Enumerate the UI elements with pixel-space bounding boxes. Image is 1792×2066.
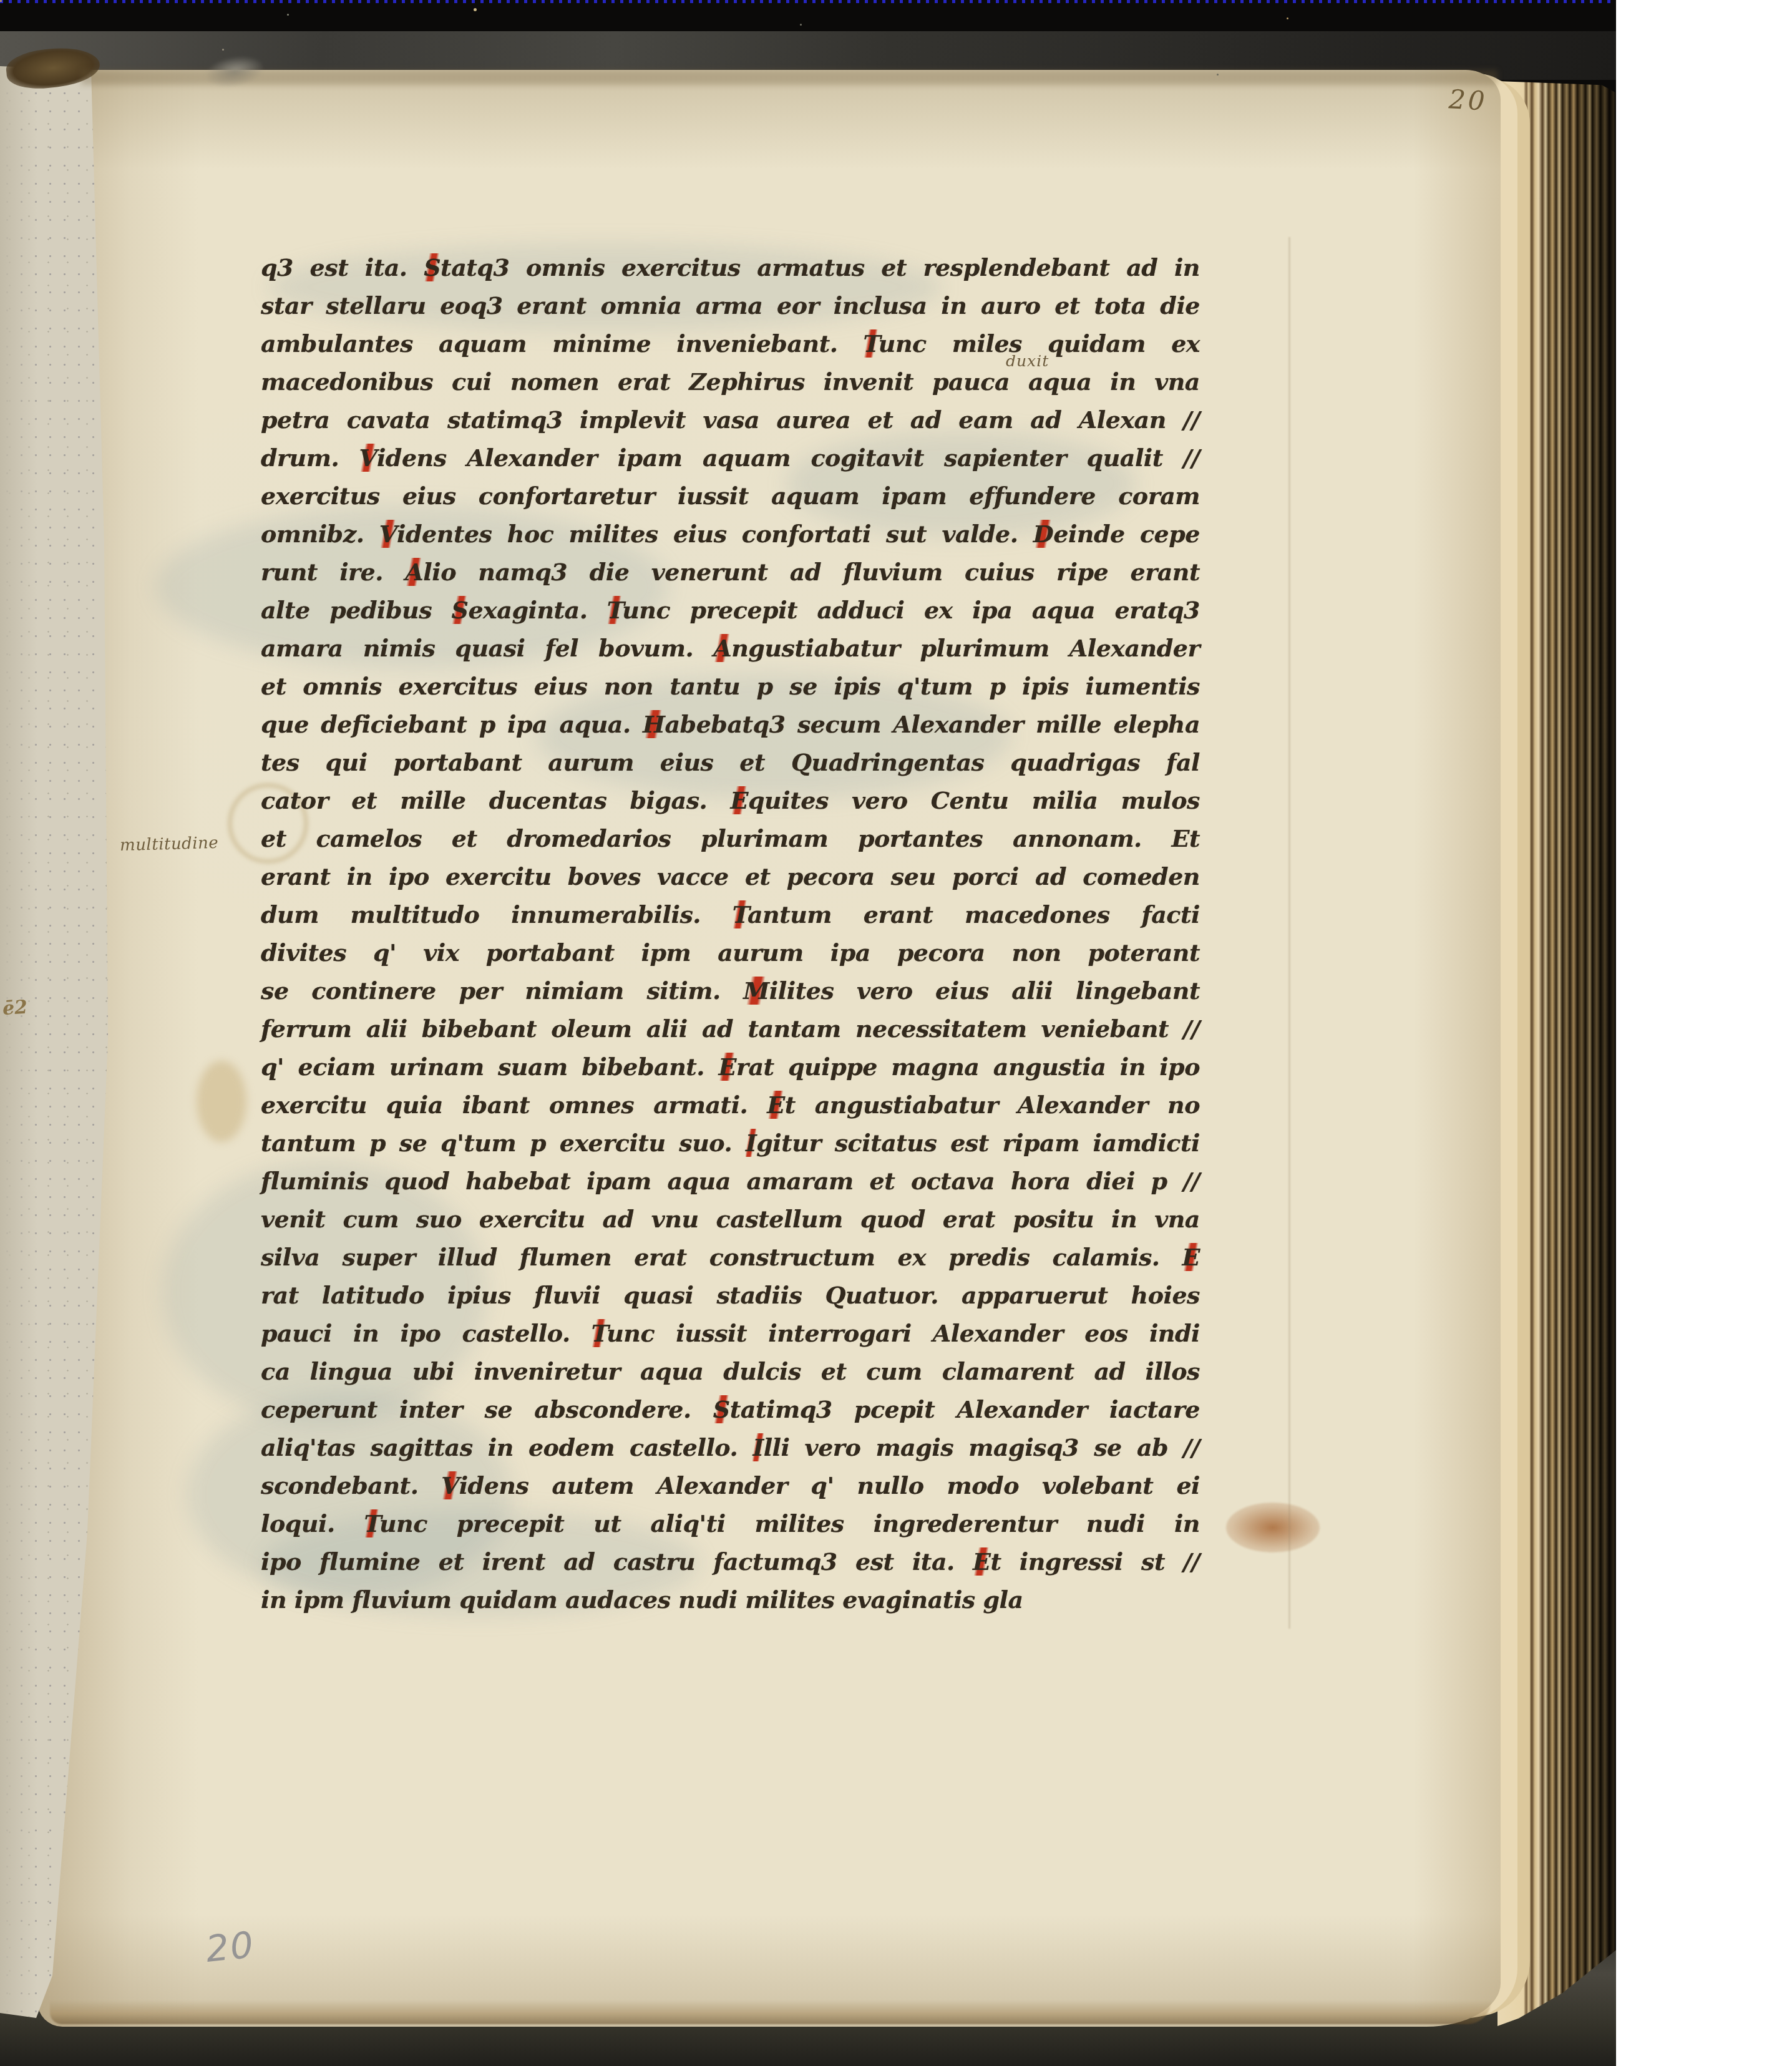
text-line: exercitu quia ibant omnes armati. Et ang… <box>261 1086 1200 1124</box>
text-line: star stellaru eoq3 erant omnia arma eor … <box>261 286 1200 324</box>
rubricated-initial: V <box>379 520 397 548</box>
page-top-shade <box>81 70 1497 85</box>
text-line: divites q' vix portabant ipm aurum ipa p… <box>261 933 1200 972</box>
ink-text: scondebant. <box>261 1471 441 1499</box>
text-line: ipo flumine et irent ad castru factumq3 … <box>261 1542 1200 1581</box>
ink-text: fluminis quod habebat ipam aqua amaram e… <box>261 1167 1200 1195</box>
rubricated-initial: E <box>973 1547 990 1576</box>
text-line: que deficiebant p ipa aqua. Habebatq3 se… <box>261 705 1200 743</box>
rubricated-initial: S <box>451 596 468 624</box>
text-line: tantum p se q'tum p exercitu suo. Igitur… <box>261 1124 1200 1162</box>
ink-text: quites vero Centu milia mulos <box>748 786 1200 814</box>
text-line: ambulantes aquam minime inveniebant. Tun… <box>261 324 1200 363</box>
ink-text: silva super illud flumen erat constructu… <box>261 1243 1182 1271</box>
ink-text: pauci in ipo castello. <box>261 1319 592 1347</box>
text-line: amara nimis quasi fel bovum. Angustiabat… <box>261 629 1200 667</box>
ink-text: q' eciam urinam suam bibebant. <box>261 1053 718 1081</box>
text-line: rat latitudo ipius fluvii quasi stadiis … <box>261 1276 1200 1314</box>
ink-text: que deficiebant p ipa aqua. <box>261 710 643 738</box>
ink-text: unc iussit interrogari Alexander eos ind… <box>606 1319 1200 1347</box>
ink-text: runt ire. <box>261 558 405 586</box>
text-line: dum multitudo innumerabilis. Tantum eran… <box>261 895 1200 933</box>
ink-text: rat latitudo ipius fluvii quasi stadiis … <box>261 1281 1200 1309</box>
ink-text: venit cum suo exercitu ad vnu castellum … <box>261 1205 1200 1233</box>
rubricated-initial: I <box>752 1433 763 1461</box>
text-line: silva super illud flumen erat constructu… <box>261 1238 1200 1276</box>
text-line: exercitus eius confortaretur iussit aqua… <box>261 477 1200 515</box>
rubricated-initial: S <box>424 253 441 281</box>
text-line: scondebant. Videns autem Alexander q' nu… <box>261 1466 1200 1504</box>
rubricated-initial: A <box>713 634 731 662</box>
ink-text: ambulantes aquam minime inveniebant. <box>261 329 864 358</box>
ink-text: amara nimis quasi fel bovum. <box>261 634 713 662</box>
marginal-note: multitudine <box>120 834 219 855</box>
ink-text: ipo flumine et irent ad castru factumq3 … <box>261 1547 973 1576</box>
rubricated-initial: E <box>1182 1243 1200 1271</box>
ink-text: einde cepe <box>1053 520 1200 548</box>
ink-text: ngustiabatur plurimum Alexander <box>731 634 1200 662</box>
text-line: tes qui portabant aurum eius et Quadring… <box>261 743 1200 781</box>
text-line: ferrum alii bibebant oleum alii ad tanta… <box>261 1010 1200 1048</box>
ink-text: tatq3 omnis exercitus armatus et resplen… <box>441 253 1200 281</box>
ink-text: tatimq3 pcepit Alexander iactare <box>730 1395 1200 1423</box>
dust-specks <box>0 0 2 2</box>
ink-text: ferrum alii bibebant oleum alii ad tanta… <box>261 1015 1200 1043</box>
text-line: et camelos et dromedarios plurimam porta… <box>261 819 1200 857</box>
ink-text: et omnis exercitus eius non tantu p se i… <box>261 672 1200 700</box>
ink-text: q3 est ita. <box>261 253 424 281</box>
interlinear-gloss: duxit <box>1006 352 1049 370</box>
page-bottom-deckle-edge <box>50 2000 1491 2024</box>
text-line: cator et mille ducentas bigas. Equites v… <box>261 781 1200 819</box>
text-line: ca lingua ubi inveniretur aqua dulcis et… <box>261 1352 1200 1390</box>
tan-stain <box>197 1061 246 1142</box>
text-line: runt ire. Alio namq3 die venerunt ad flu… <box>261 553 1200 591</box>
ink-text: dum multitudo innumerabilis. <box>261 900 733 928</box>
text-line: et omnis exercitus eius non tantu p se i… <box>261 667 1200 705</box>
ink-text: ceperunt inter se abscondere. <box>261 1395 713 1423</box>
ink-text: ca lingua ubi inveniretur aqua dulcis et… <box>261 1357 1200 1385</box>
rust-stain <box>1226 1503 1320 1552</box>
text-line: drum. Videns Alexander ipam aquam cogita… <box>261 439 1200 477</box>
scan-white-margin <box>1616 0 1792 2066</box>
text-line: venit cum suo exercitu ad vnu castellum … <box>261 1200 1200 1238</box>
left-page-ink-fragment: ē2 <box>2 996 28 1020</box>
ink-text: cator et mille ducentas bigas. <box>261 786 731 814</box>
ink-text: exaginta. <box>468 596 606 624</box>
text-line: omnibz. Videntes hoc milites eius confor… <box>261 515 1200 553</box>
ink-text: lli vero magis magisq3 se ab // <box>764 1433 1200 1461</box>
folio-number-pencil: 20 <box>204 1923 256 1971</box>
text-line: erant in ipo exercitu boves vacce et pec… <box>261 857 1200 895</box>
text-block: q3 est ita. Statq3 omnis exercitus armat… <box>261 248 1200 1619</box>
ink-text: ilites vero eius alii lingebant <box>769 977 1200 1005</box>
text-line: q3 est ita. Statq3 omnis exercitus armat… <box>261 248 1200 286</box>
rubricated-initial: T <box>864 329 879 358</box>
rubricated-initial: T <box>364 1509 379 1537</box>
text-line: se continere per nimiam sitim. Milites v… <box>261 972 1200 1010</box>
rubricated-initial: H <box>643 710 665 738</box>
rubricated-initial: T <box>733 900 747 928</box>
ink-text: erant in ipo exercitu boves vacce et pec… <box>261 862 1200 890</box>
rubricated-initial: E <box>767 1091 784 1119</box>
folio-number-ink: 20 <box>1448 84 1488 116</box>
ink-text: omnibz. <box>261 520 379 548</box>
text-line: aliq'tas sagittas in eodem castello. Ill… <box>261 1428 1200 1466</box>
page-root: { "theme": { "background_black": "#0b0a0… <box>0 0 1792 2066</box>
ink-text: t angustiabatur Alexander no <box>785 1091 1200 1119</box>
ink-text: lio namq3 die venerunt ad fluvium cuius … <box>423 558 1200 586</box>
rubricated-initial: D <box>1033 520 1053 548</box>
ink-text: gitur scitatus est ripam iamdicti <box>756 1129 1200 1157</box>
manuscript-photo: q3 est ita. Statq3 omnis exercitus armat… <box>0 0 1616 2066</box>
text-line: ceperunt inter se abscondere. Statimq3 p… <box>261 1390 1200 1428</box>
ink-text: unc precepit adduci ex ipa aqua eratq3 <box>622 596 1200 624</box>
ink-text: drum. <box>261 444 359 472</box>
ink-text: identes hoc milites eius confortati sut … <box>397 520 1033 548</box>
ink-text: petra cavata statimq3 implevit vasa aure… <box>261 406 1200 434</box>
ink-text: tantum p se q'tum p exercitu suo. <box>261 1129 746 1157</box>
ink-text: t ingressi st // <box>990 1547 1200 1576</box>
ink-text: idens autem Alexander q' nullo modo vole… <box>459 1471 1200 1499</box>
parchment-crease <box>1288 237 1290 1629</box>
rubricated-initial: I <box>746 1129 756 1157</box>
ink-text: tes qui portabant aurum eius et Quadring… <box>261 748 1200 776</box>
text-line: in ipm fluvium quidam audaces nudi milit… <box>261 1581 1200 1619</box>
ink-text: antum erant macedones facti <box>747 900 1200 928</box>
ink-text: exercitus eius confortaretur iussit aqua… <box>261 482 1200 510</box>
text-line: fluminis quod habebat ipam aqua amaram e… <box>261 1162 1200 1200</box>
text-line: alte pedibus Sexaginta. Tunc precepit ad… <box>261 591 1200 629</box>
text-line: macedonibus cui nomen erat Zephirus inve… <box>261 363 1200 401</box>
ink-text: idens Alexander ipam aquam cogitavit sap… <box>377 444 1200 472</box>
ink-text: unc precepit ut aliq'ti milites ingreder… <box>379 1509 1200 1537</box>
text-line: loqui. Tunc precepit ut aliq'ti milites … <box>261 1504 1200 1542</box>
ink-text: divites q' vix portabant ipm aurum ipa p… <box>261 938 1200 967</box>
ink-text: et camelos et dromedarios plurimam porta… <box>261 824 1200 852</box>
ink-text: in ipm fluvium quidam audaces nudi milit… <box>261 1586 1023 1614</box>
text-line: pauci in ipo castello. Tunc iussit inter… <box>261 1314 1200 1352</box>
ink-text: se continere per nimiam sitim. <box>261 977 743 1005</box>
ink-text: loqui. <box>261 1509 364 1537</box>
rubricated-initial: S <box>713 1395 730 1423</box>
ink-text: macedonibus cui nomen erat Zephirus inve… <box>261 368 1200 396</box>
rubricated-initial: E <box>731 786 748 814</box>
rubricated-initial: M <box>743 977 769 1005</box>
ink-text: aliq'tas sagittas in eodem castello. <box>261 1433 752 1461</box>
rubricated-initial: A <box>405 558 423 586</box>
ink-text: star stellaru eoq3 erant omnia arma eor … <box>261 291 1200 319</box>
ink-text: exercitu quia ibant omnes armati. <box>261 1091 767 1119</box>
ink-text: abebatq3 secum Alexander mille elepha <box>665 710 1200 738</box>
ink-text: alte pedibus <box>261 596 451 624</box>
ink-text: rat quippe magna angustia in ipo <box>736 1053 1200 1081</box>
rubricated-initial: V <box>441 1471 459 1499</box>
text-line: q' eciam urinam suam bibebant. Erat quip… <box>261 1048 1200 1086</box>
rubricated-initial: E <box>718 1053 736 1081</box>
text-line: petra cavata statimq3 implevit vasa aure… <box>261 401 1200 439</box>
rubricated-initial: T <box>592 1319 606 1347</box>
rubricated-initial: T <box>607 596 622 624</box>
scanner-artifact-line <box>0 0 1616 3</box>
rubricated-initial: V <box>359 444 377 472</box>
